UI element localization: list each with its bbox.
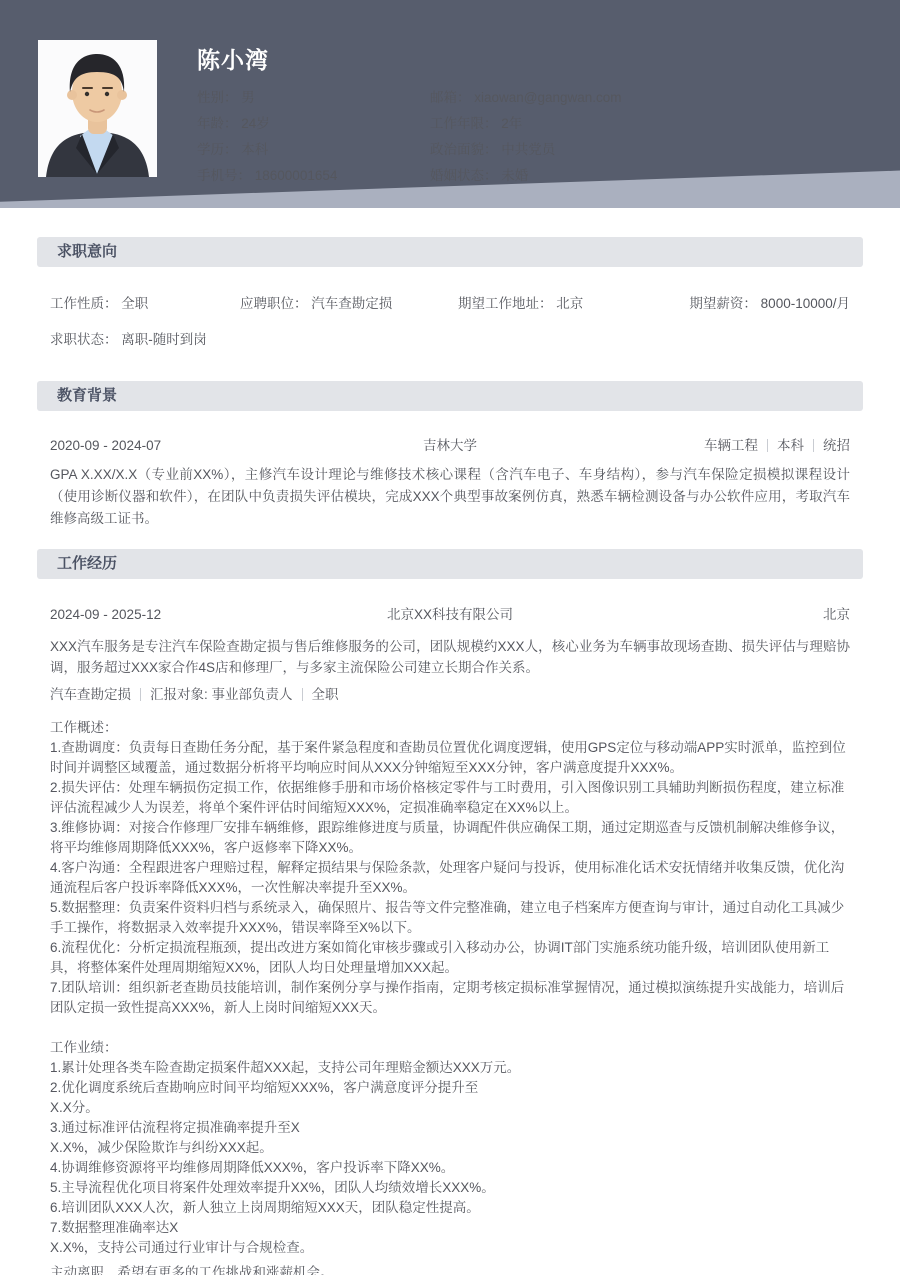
section-title-education: 教育背景	[37, 381, 863, 411]
field-phone: 手机号：18600001654	[197, 163, 337, 189]
job-meta-row: 汽车查勘定损汇报对象: 事业部负责人全职	[50, 686, 850, 703]
education-degree-info: 车辆工程本科统招	[630, 437, 850, 454]
field-gender: 性别：男	[197, 85, 337, 111]
work-company: 北京XX科技有限公司	[270, 606, 630, 623]
field-education-level: 学历：本科	[197, 137, 337, 163]
candidate-name: 陈小湾	[197, 42, 269, 75]
company-introduction: XXX汽车服务是专注汽车保险查勘定损与售后维修服务的公司，团队规模约XXX人，核…	[50, 636, 850, 678]
leaving-reason: 主动离职，希望有更多的工作挑战和涨薪机会。	[50, 1263, 850, 1275]
achievement-item: 6.培训团队XXX人次，新人独立上岗周期缩短XXX天，团队稳定性提高。	[50, 1198, 850, 1218]
overview-item: 7.团队培训：组织新老查勘员技能培训，制作案例分享与操作指南，定期考核定损标准掌…	[50, 978, 850, 1018]
separator	[767, 439, 768, 452]
field-marital-status: 婚姻状态：未婚	[430, 163, 622, 189]
separator	[813, 439, 814, 452]
field-age: 年龄：24岁	[197, 111, 337, 137]
separator	[140, 688, 141, 701]
achievement-item: 1.累计处理各类车险查勘定损案件超XXX起，支持公司年理赔金额达XXX万元。	[50, 1058, 850, 1078]
field-expected-salary: 期望薪资：8000-10000/月	[674, 295, 850, 312]
header-fields-right: 邮箱：xiaowan@gangwan.com 工作年限：2年 政治面貌：中共党员…	[430, 85, 622, 189]
achievement-item: 2.优化调度系统后查勘响应时间平均缩短XXX%，客户满意度评分提升至 X.X分。	[50, 1078, 850, 1118]
achievement-item: 5.主导流程优化项目将案件处理效率提升XX%，团队人均绩效增长XXX%。	[50, 1178, 850, 1198]
work-period: 2024-09 - 2025-12	[50, 606, 270, 623]
education-period: 2020-09 - 2024-07	[50, 437, 270, 454]
work-meta-row: 2024-09 - 2025-12 北京XX科技有限公司 北京	[50, 606, 850, 623]
overview-item: 5.数据整理：负责案件资料归档与系统录入，确保照片、报告等文件完整准确，建立电子…	[50, 898, 850, 938]
field-work-years: 工作年限：2年	[430, 111, 622, 137]
field-target-location: 期望工作地址：北京	[458, 295, 674, 312]
job-type: 全职	[312, 687, 339, 702]
work-achievements-title: 工作业绩：	[50, 1038, 850, 1058]
job-position: 汽车查勘定损	[50, 687, 131, 702]
overview-item: 3.维修协调：对接合作修理厂安排车辆维修，跟踪维修进度与质量，协调配件供应确保工…	[50, 818, 850, 858]
education-description: GPA X.XX/X.X（专业前XX%），主修汽车设计理论与维修技术核心课程（含…	[50, 464, 850, 530]
separator	[302, 688, 303, 701]
section-title-work-experience: 工作经历	[37, 549, 863, 579]
job-intention-row: 工作性质：全职 应聘职位：汽车查勘定损 期望工作地址：北京 期望薪资：8000-…	[50, 295, 850, 312]
overview-item: 6.流程优化：分析定损流程瓶颈，提出改进方案如简化审核步骤或引入移动办公，协调I…	[50, 938, 850, 978]
work-achievements: 工作业绩： 1.累计处理各类车险查勘定损案件超XXX起，支持公司年理赔金额达XX…	[50, 1038, 850, 1258]
work-overview-title: 工作概述：	[50, 718, 850, 738]
education-major: 车辆工程	[704, 438, 758, 453]
overview-item: 1.查勘调度：负责每日查勘任务分配，基于案件紧急程度和查勘员位置优化调度逻辑，使…	[50, 738, 850, 778]
education-meta-row: 2020-09 - 2024-07 吉林大学 车辆工程本科统招	[50, 437, 850, 454]
resume-header: 陈小湾 性别：男 年龄：24岁 学历：本科 手机号：18600001654 邮箱…	[0, 0, 900, 208]
education-admission-type: 统招	[823, 438, 850, 453]
section-title-job-intention: 求职意向	[37, 237, 863, 267]
education-degree: 本科	[777, 438, 804, 453]
work-location: 北京	[630, 606, 850, 623]
portrait-illustration	[38, 40, 157, 177]
profile-photo	[38, 40, 157, 177]
field-political-status: 政治面貌：中共党员	[430, 137, 622, 163]
education-school: 吉林大学	[270, 437, 630, 454]
field-job-nature: 工作性质：全职	[50, 295, 240, 312]
overview-item: 2.损失评估：处理车辆损伤定损工作，依据维修手册和市场价格核定零件与工时费用，引…	[50, 778, 850, 818]
header-fields-left: 性别：男 年龄：24岁 学历：本科 手机号：18600001654	[197, 85, 337, 189]
achievement-item: 4.协调维修资源将平均维修周期降低XXX%，客户投诉率下降XX%。	[50, 1158, 850, 1178]
field-email: 邮箱：xiaowan@gangwan.com	[430, 85, 622, 111]
resume-page: 陈小湾 性别：男 年龄：24岁 学历：本科 手机号：18600001654 邮箱…	[0, 0, 900, 1275]
overview-item: 4.客户沟通：全程跟进客户理赔过程，解释定损结果与保险条款，处理客户疑问与投诉，…	[50, 858, 850, 898]
achievement-item: 3.通过标准评估流程将定损准确率提升至X X.X%，减少保险欺诈与纠纷XXX起。	[50, 1118, 850, 1158]
field-job-status: 求职状态：离职-随时到岗	[50, 331, 850, 348]
job-report-to: 汇报对象: 事业部负责人	[150, 687, 293, 702]
achievement-item: 7.数据整理准确率达X X.X%，支持公司通过行业审计与合规检查。	[50, 1218, 850, 1258]
field-target-position: 应聘职位：汽车查勘定损	[240, 295, 458, 312]
work-overview: 工作概述： 1.查勘调度：负责每日查勘任务分配，基于案件紧急程度和查勘员位置优化…	[50, 718, 850, 1018]
